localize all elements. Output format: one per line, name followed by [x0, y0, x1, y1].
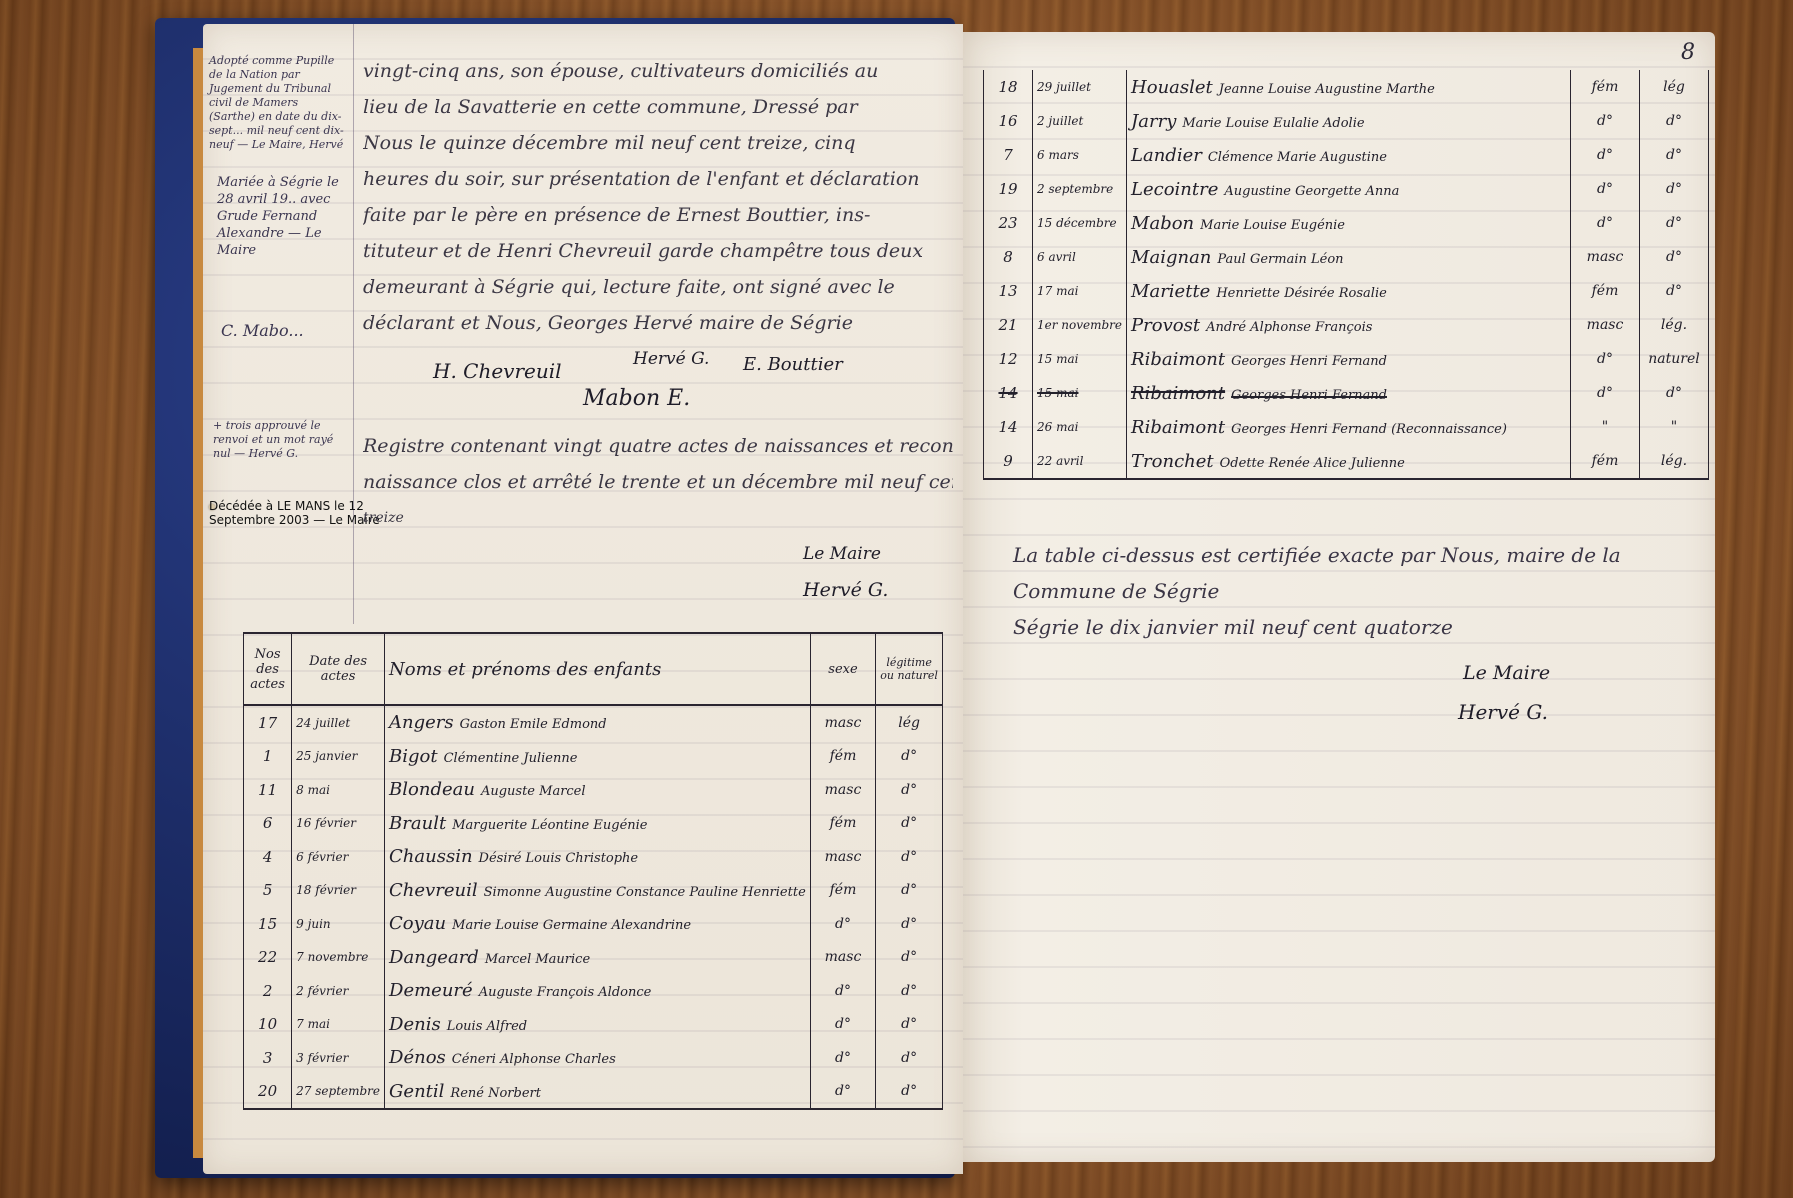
- mayor-signature: Hervé G.: [1458, 700, 1548, 724]
- legitimacy-cell: lég: [876, 705, 943, 740]
- act-date-cell: 7 novembre: [292, 941, 385, 975]
- child-name-cell: MabonMarie Louise Eugénie: [1127, 206, 1571, 240]
- legitimacy-cell: naturel: [1640, 342, 1709, 376]
- surname: Ribaimont: [1131, 349, 1225, 370]
- surname: Mabon: [1131, 213, 1194, 234]
- child-name-cell: LandierClémence Marie Augustine: [1127, 138, 1571, 172]
- act-number-cell: 21: [984, 308, 1033, 342]
- act-line: demeurant à Ségrie qui, lecture faite, o…: [363, 270, 953, 306]
- act-number-cell: 1: [244, 740, 292, 774]
- legitimacy-cell: d°: [876, 941, 943, 975]
- given-names: André Alphonse François: [1206, 320, 1372, 335]
- surname: Angers: [389, 712, 454, 733]
- legitimacy-cell: d°: [1640, 240, 1709, 274]
- act-number-cell: 22: [244, 941, 292, 975]
- sex-cell: d°: [810, 907, 875, 941]
- sex-cell: d°: [1571, 172, 1640, 206]
- act-line: Nous le quinze décembre mil neuf cent tr…: [363, 126, 953, 162]
- margin-note-adoption: Adopté comme Pupille de la Nation par Ju…: [209, 54, 344, 152]
- signature-chevreuil: H. Chevreuil: [433, 359, 562, 383]
- page-number: 8: [1681, 40, 1695, 65]
- certification-text: La table ci-dessus est certifiée exacte …: [1013, 537, 1693, 645]
- margin-column: Adopté comme Pupille de la Nation par Ju…: [203, 24, 354, 624]
- signature-mabon: Mabon E.: [583, 386, 690, 411]
- act-number-cell: 19: [984, 172, 1033, 206]
- given-names: Jeanne Louise Augustine Marthe: [1219, 82, 1435, 97]
- act-number-cell: 23: [984, 206, 1033, 240]
- child-name-cell: RibaimontGeorges Henri Fernand (Reconnai…: [1127, 410, 1571, 444]
- child-name-cell: ProvostAndré Alphonse François: [1127, 308, 1571, 342]
- child-name-cell: RibaimontGeorges Henri Fernand: [1127, 376, 1571, 410]
- act-number-cell: 7: [984, 138, 1033, 172]
- given-names: Georges Henri Fernand: [1231, 388, 1387, 403]
- table-row: 22 févrierDemeuréAuguste François Aldonc…: [244, 974, 943, 1008]
- act-date-cell: 2 juillet: [1033, 104, 1127, 138]
- given-names: Louis Alfred: [447, 1019, 527, 1034]
- table-row: 1415 maiRibaimontGeorges Henri Fernandd°…: [984, 376, 1709, 410]
- act-number-cell: 20: [244, 1075, 292, 1110]
- right-page: 8 1829 juilletHouasletJeanne Louise Augu…: [963, 32, 1715, 1162]
- sex-cell: d°: [1571, 342, 1640, 376]
- act-date-cell: 25 janvier: [292, 740, 385, 774]
- given-names: Désiré Louis Christophe: [479, 851, 639, 866]
- margin-note-death: Décédée à LE MANS le 12 Septembre 2003 —…: [209, 499, 389, 527]
- legitimacy-cell: d°: [1640, 138, 1709, 172]
- closing-line: naissance clos et arrêté le trente et un…: [363, 465, 953, 501]
- sex-cell: masc: [810, 773, 875, 807]
- closing-statement: Registre contenant vingt quatre actes de…: [363, 429, 953, 537]
- act-number-cell: 10: [244, 1008, 292, 1042]
- act-date-cell: 22 avril: [1033, 444, 1127, 479]
- surname: Landier: [1131, 145, 1202, 166]
- given-names: Clémentine Julienne: [444, 751, 578, 766]
- legitimacy-cell: d°: [876, 974, 943, 1008]
- table-row: 33 févrierDénosCéneri Alphonse Charlesd°…: [244, 1041, 943, 1075]
- table-row: 2315 décembreMabonMarie Louise Eugénied°…: [984, 206, 1709, 240]
- sex-cell: fém: [810, 740, 875, 774]
- table-row: 227 novembreDangeardMarcel Mauricemascd°: [244, 941, 943, 975]
- act-date-cell: 15 mai: [1033, 342, 1127, 376]
- sex-cell: fém: [810, 874, 875, 908]
- legitimacy-cell: lég: [1640, 70, 1709, 104]
- given-names: Auguste Marcel: [481, 784, 586, 799]
- child-name-cell: BraultMarguerite Léontine Eugénie: [385, 807, 811, 841]
- act-number-cell: 5: [244, 874, 292, 908]
- legitimacy-cell: d°: [1640, 274, 1709, 308]
- child-name-cell: ChaussinDésiré Louis Christophe: [385, 840, 811, 874]
- act-date-cell: 2 septembre: [1033, 172, 1127, 206]
- act-date-cell: 6 avril: [1033, 240, 1127, 274]
- act-number-cell: 16: [984, 104, 1033, 138]
- col-header-names: Noms et prénoms des enfants: [385, 633, 811, 705]
- act-number-cell: 2: [244, 974, 292, 1008]
- birth-act-text: vingt-cinq ans, son épouse, cultivateurs…: [363, 54, 953, 342]
- act-date-cell: 26 mai: [1033, 410, 1127, 444]
- table-row: 1426 maiRibaimontGeorges Henri Fernand (…: [984, 410, 1709, 444]
- surname: Maignan: [1131, 247, 1211, 268]
- legitimacy-cell: d°: [876, 840, 943, 874]
- legitimacy-cell: d°: [1640, 172, 1709, 206]
- surname: Brault: [389, 813, 446, 834]
- child-name-cell: MaignanPaul Germain Léon: [1127, 240, 1571, 274]
- child-name-cell: BlondeauAuguste Marcel: [385, 773, 811, 807]
- sex-cell: d°: [1571, 206, 1640, 240]
- act-line: déclarant et Nous, Georges Hervé maire d…: [363, 306, 953, 342]
- legitimacy-cell: lég.: [1640, 308, 1709, 342]
- given-names: Clémence Marie Augustine: [1208, 150, 1387, 165]
- child-name-cell: RibaimontGeorges Henri Fernand: [1127, 342, 1571, 376]
- closing-line: Registre contenant vingt quatre actes de…: [363, 429, 953, 465]
- given-names: Augustine Georgette Anna: [1224, 184, 1399, 199]
- sex-cell: ": [1571, 410, 1640, 444]
- table-row: 107 maiDenisLouis Alfredd°d°: [244, 1008, 943, 1042]
- surname: Denis: [389, 1014, 441, 1035]
- given-names: Paul Germain Léon: [1217, 252, 1343, 267]
- margin-note-approval: + trois approuvé le renvoi et un mot ray…: [213, 419, 343, 461]
- signature-bouttier: E. Bouttier: [743, 354, 843, 375]
- act-date-cell: 16 février: [292, 807, 385, 841]
- surname: Chevreuil: [389, 880, 478, 901]
- surname: Chaussin: [389, 846, 473, 867]
- sex-cell: d°: [810, 1008, 875, 1042]
- child-name-cell: LecointreAugustine Georgette Anna: [1127, 172, 1571, 206]
- given-names: Georges Henri Fernand (Reconnaissance): [1231, 422, 1507, 437]
- act-number-cell: 8: [984, 240, 1033, 274]
- given-names: Marguerite Léontine Eugénie: [452, 818, 647, 833]
- margin-note-signature: C. Mabo...: [221, 324, 341, 338]
- act-number-cell: 15: [244, 907, 292, 941]
- sex-cell: fém: [1571, 274, 1640, 308]
- table-row: 46 févrierChaussinDésiré Louis Christoph…: [244, 840, 943, 874]
- table-row: 1829 juilletHouasletJeanne Louise August…: [984, 70, 1709, 104]
- act-number-cell: 3: [244, 1041, 292, 1075]
- margin-note-marriage: Mariée à Ségrie le 28 avril 19.. avec Gr…: [217, 174, 345, 259]
- sex-cell: masc: [810, 840, 875, 874]
- table-row: 1724 juilletAngersGaston Emile Edmondmas…: [244, 705, 943, 740]
- table-row: 518 févrierChevreuilSimonne Augustine Co…: [244, 874, 943, 908]
- act-line: faite par le père en présence de Ernest …: [363, 198, 953, 234]
- table-row: 118 maiBlondeauAuguste Marcelmascd°: [244, 773, 943, 807]
- col-header-legitimacy: légitime ou naturel: [876, 633, 943, 705]
- child-name-cell: DénosCéneri Alphonse Charles: [385, 1041, 811, 1075]
- sex-cell: d°: [1571, 376, 1640, 410]
- births-index-table-right: 1829 juilletHouasletJeanne Louise August…: [983, 70, 1709, 480]
- act-date-cell: 24 juillet: [292, 705, 385, 740]
- legitimacy-cell: lég.: [1640, 444, 1709, 479]
- act-date-cell: 29 juillet: [1033, 70, 1127, 104]
- act-line: heures du soir, sur présentation de l'en…: [363, 162, 953, 198]
- act-number-cell: 6: [244, 807, 292, 841]
- given-names: Georges Henri Fernand: [1231, 354, 1387, 369]
- act-date-cell: 6 février: [292, 840, 385, 874]
- sex-cell: masc: [1571, 308, 1640, 342]
- signature-herve: Hervé G.: [633, 349, 709, 369]
- sex-cell: d°: [810, 974, 875, 1008]
- act-number-cell: 12: [984, 342, 1033, 376]
- surname: Demeuré: [389, 980, 473, 1001]
- given-names: Céneri Alphonse Charles: [452, 1052, 616, 1067]
- child-name-cell: BigotClémentine Julienne: [385, 740, 811, 774]
- legitimacy-cell: d°: [1640, 376, 1709, 410]
- births-index-table-left: Nos des actes Date des actes Noms et pré…: [243, 632, 943, 1110]
- sex-cell: d°: [1571, 104, 1640, 138]
- certification-line: Ségrie le dix janvier mil neuf cent quat…: [1013, 609, 1693, 645]
- given-names: Marcel Maurice: [485, 952, 590, 967]
- child-name-cell: TronchetOdette Renée Alice Julienne: [1127, 444, 1571, 479]
- act-date-cell: 7 mai: [292, 1008, 385, 1042]
- given-names: Odette Renée Alice Julienne: [1220, 456, 1405, 471]
- act-date-cell: 18 février: [292, 874, 385, 908]
- child-name-cell: GentilRené Norbert: [385, 1075, 811, 1110]
- surname: Lecointre: [1131, 179, 1218, 200]
- table-row: 125 janvierBigotClémentine Juliennefémd°: [244, 740, 943, 774]
- child-name-cell: CoyauMarie Louise Germaine Alexandrine: [385, 907, 811, 941]
- act-line: lieu de la Savatterie en cette commune, …: [363, 90, 953, 126]
- act-date-cell: 1er novembre: [1033, 308, 1127, 342]
- col-header-sexe: sexe: [810, 633, 875, 705]
- table-row: 922 avrilTronchetOdette Renée Alice Juli…: [984, 444, 1709, 479]
- act-number-cell: 11: [244, 773, 292, 807]
- act-date-cell: 9 juin: [292, 907, 385, 941]
- surname: Houaslet: [1131, 77, 1213, 98]
- act-line: tituteur et de Henri Chevreuil garde cha…: [363, 234, 953, 270]
- surname: Jarry: [1131, 111, 1176, 132]
- act-date-cell: 6 mars: [1033, 138, 1127, 172]
- act-line: vingt-cinq ans, son épouse, cultivateurs…: [363, 54, 953, 90]
- surname: Coyau: [389, 913, 446, 934]
- child-name-cell: DangeardMarcel Maurice: [385, 941, 811, 975]
- given-names: Marie Louise Germaine Alexandrine: [452, 918, 691, 933]
- certification-line: Commune de Ségrie: [1013, 573, 1693, 609]
- child-name-cell: DenisLouis Alfred: [385, 1008, 811, 1042]
- sex-cell: masc: [810, 705, 875, 740]
- surname: Blondeau: [389, 779, 475, 800]
- act-number-cell: 14: [984, 376, 1033, 410]
- surname: Mariette: [1131, 281, 1210, 302]
- closing-mayor-title: Le Maire: [803, 544, 881, 564]
- table-row: 1215 maiRibaimontGeorges Henri Fernandd°…: [984, 342, 1709, 376]
- sex-cell: d°: [1571, 138, 1640, 172]
- child-name-cell: MarietteHenriette Désirée Rosalie: [1127, 274, 1571, 308]
- sex-cell: d°: [810, 1075, 875, 1110]
- act-date-cell: 27 septembre: [292, 1075, 385, 1110]
- act-number-cell: 4: [244, 840, 292, 874]
- col-header-date: Date des actes: [292, 633, 385, 705]
- surname: Gentil: [389, 1081, 444, 1102]
- left-page: Adopté comme Pupille de la Nation par Ju…: [203, 24, 963, 1174]
- act-number-cell: 13: [984, 274, 1033, 308]
- register-book: Adopté comme Pupille de la Nation par Ju…: [155, 18, 1725, 1178]
- sex-cell: masc: [810, 941, 875, 975]
- legitimacy-cell: d°: [876, 1041, 943, 1075]
- child-name-cell: JarryMarie Louise Eulalie Adolie: [1127, 104, 1571, 138]
- sex-cell: fém: [1571, 70, 1640, 104]
- surname: Provost: [1131, 315, 1200, 336]
- surname: Ribaimont: [1131, 417, 1225, 438]
- sex-cell: masc: [1571, 240, 1640, 274]
- certification-line: La table ci-dessus est certifiée exacte …: [1013, 537, 1693, 573]
- table-row: 192 septembreLecointreAugustine Georgett…: [984, 172, 1709, 206]
- legitimacy-cell: ": [1640, 410, 1709, 444]
- act-number-cell: 9: [984, 444, 1033, 479]
- legitimacy-cell: d°: [876, 874, 943, 908]
- table-row: 1317 maiMarietteHenriette Désirée Rosali…: [984, 274, 1709, 308]
- table-row: 86 avrilMaignanPaul Germain Léonmascd°: [984, 240, 1709, 274]
- given-names: Auguste François Aldonce: [479, 985, 652, 1000]
- table-row: 211er novembreProvostAndré Alphonse Fran…: [984, 308, 1709, 342]
- legitimacy-cell: d°: [876, 773, 943, 807]
- legitimacy-cell: d°: [876, 1008, 943, 1042]
- legitimacy-cell: d°: [876, 807, 943, 841]
- child-name-cell: ChevreuilSimonne Augustine Constance Pau…: [385, 874, 811, 908]
- surname: Dangeard: [389, 947, 479, 968]
- closing-mayor-signature: Hervé G.: [803, 579, 888, 601]
- legitimacy-cell: d°: [876, 740, 943, 774]
- sex-cell: d°: [810, 1041, 875, 1075]
- legitimacy-cell: d°: [1640, 206, 1709, 240]
- given-names: Marie Louise Eugénie: [1200, 218, 1345, 233]
- table-row: 162 juilletJarryMarie Louise Eulalie Ado…: [984, 104, 1709, 138]
- child-name-cell: AngersGaston Emile Edmond: [385, 705, 811, 740]
- legitimacy-cell: d°: [1640, 104, 1709, 138]
- child-name-cell: DemeuréAuguste François Aldonce: [385, 974, 811, 1008]
- surname: Ribaimont: [1131, 383, 1225, 404]
- act-number-cell: 17: [244, 705, 292, 740]
- child-name-cell: HouasletJeanne Louise Augustine Marthe: [1127, 70, 1571, 104]
- given-names: Gaston Emile Edmond: [460, 717, 607, 732]
- surname: Bigot: [389, 746, 438, 767]
- given-names: René Norbert: [450, 1086, 541, 1101]
- closing-line: treize: [363, 501, 953, 537]
- given-names: Henriette Désirée Rosalie: [1216, 286, 1386, 301]
- surname: Dénos: [389, 1047, 446, 1068]
- table-row: 616 févrierBraultMarguerite Léontine Eug…: [244, 807, 943, 841]
- act-date-cell: 17 mai: [1033, 274, 1127, 308]
- given-names: Marie Louise Eulalie Adolie: [1182, 116, 1364, 131]
- act-number-cell: 14: [984, 410, 1033, 444]
- act-date-cell: 15 mai: [1033, 376, 1127, 410]
- act-date-cell: 2 février: [292, 974, 385, 1008]
- table-row: 159 juinCoyauMarie Louise Germaine Alexa…: [244, 907, 943, 941]
- given-names: Simonne Augustine Constance Pauline Henr…: [484, 885, 806, 900]
- act-date-cell: 3 février: [292, 1041, 385, 1075]
- act-date-cell: 8 mai: [292, 773, 385, 807]
- act-date-cell: 15 décembre: [1033, 206, 1127, 240]
- mayor-title: Le Maire: [1463, 662, 1550, 684]
- col-header-number: Nos des actes: [244, 633, 292, 705]
- act-number-cell: 18: [984, 70, 1033, 104]
- surname: Tronchet: [1131, 451, 1214, 472]
- legitimacy-cell: d°: [876, 907, 943, 941]
- sex-cell: fém: [1571, 444, 1640, 479]
- table-row: 76 marsLandierClémence Marie Augustined°…: [984, 138, 1709, 172]
- table-row: 2027 septembreGentilRené Norbertd°d°: [244, 1075, 943, 1110]
- legitimacy-cell: d°: [876, 1075, 943, 1110]
- sex-cell: fém: [810, 807, 875, 841]
